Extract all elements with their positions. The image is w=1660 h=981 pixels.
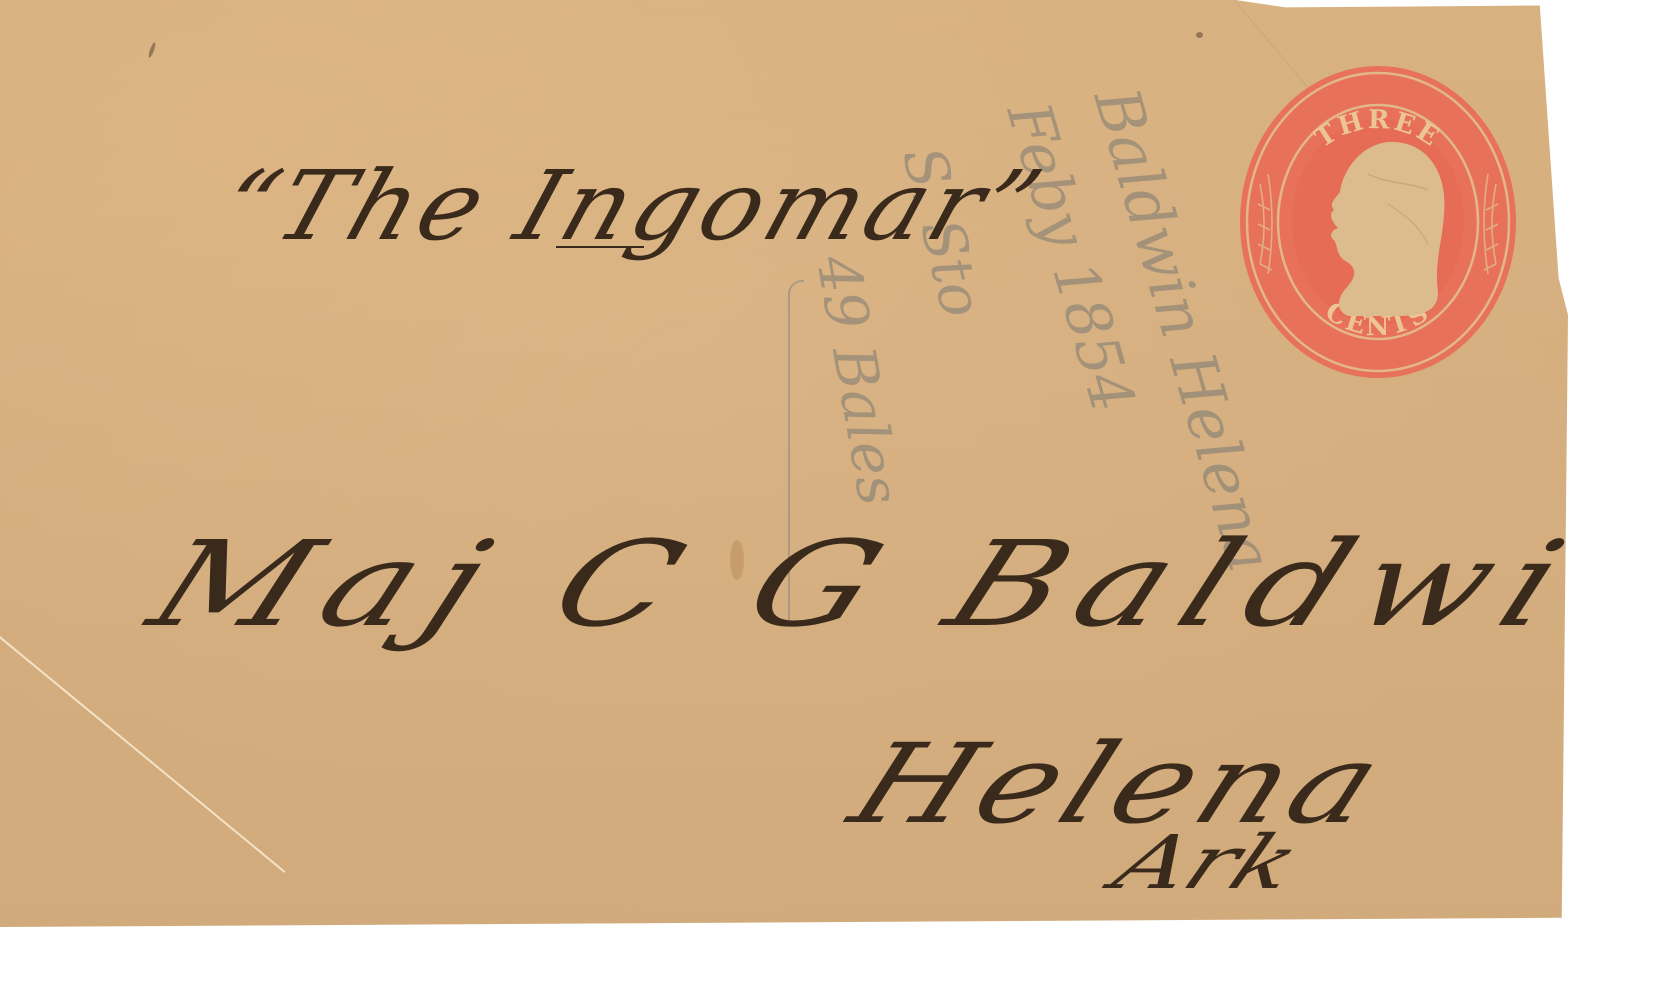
- envelope: Baldwin Helena Feby 1854 S. Sto 49 Bales…: [0, 0, 1568, 927]
- ink-speck: [147, 42, 156, 58]
- ship-name-underline: [556, 246, 644, 248]
- embossed-stamp: THREE CENTS: [1238, 64, 1518, 380]
- pencil-note: 49 Bales: [803, 250, 914, 510]
- state-line: Ark: [1101, 820, 1313, 906]
- city-line: Helena: [834, 720, 1406, 848]
- ink-speck: [1196, 32, 1203, 38]
- addressee-line: Maj C G Baldwin: [132, 515, 1568, 653]
- corner-fold-crease: [0, 636, 286, 873]
